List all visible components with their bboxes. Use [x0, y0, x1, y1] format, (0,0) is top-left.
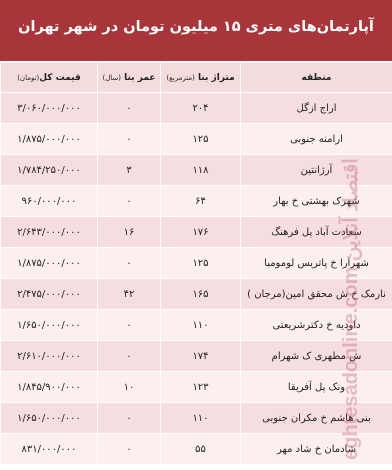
cell-area: ۱۲۳	[161, 372, 241, 403]
cell-area: ۶۴	[161, 186, 241, 217]
cell-price: ۸۳۱/۰۰۰/۰۰۰	[1, 434, 98, 465]
cell-area: ۲۰۴	[161, 93, 241, 124]
cell-area: ۱۲۵	[161, 124, 241, 155]
cell-price: ۱/۸۷۵/۰۰۰/۰۰۰	[1, 124, 98, 155]
cell-region: داودیه خ دکترشریعتی	[241, 310, 392, 341]
cell-age: ۰	[98, 341, 161, 372]
cell-age: ۳	[98, 155, 161, 186]
cell-price: ۲/۴۷۵/۰۰۰/۰۰۰	[1, 279, 98, 310]
cell-region: سعادت آباد پل فرهنگ	[241, 217, 392, 248]
col-header-area-unit: (مترمربع)	[166, 74, 194, 82]
cell-price: ۱/۸۴۵/۹۰۰/۰۰۰	[1, 372, 98, 403]
table-row: ونک پل آفریقا۱۲۳۱۰۱/۸۴۵/۹۰۰/۰۰۰	[1, 372, 392, 403]
table-row: شهرک بهشتی خ بهار۶۴۰۹۶۰/۰۰۰/۰۰۰	[1, 186, 392, 217]
table-row: ش مطهری ک شهرام۱۷۴۰۲/۶۱۰/۰۰۰/۰۰۰	[1, 341, 392, 372]
cell-region: ارامنه جنوبی	[241, 124, 392, 155]
cell-price: ۱/۸۷۵/۰۰۰/۰۰۰	[1, 248, 98, 279]
apartments-table: منطقه متراژ بنا (مترمربع) عمر بنا (سال) …	[0, 62, 392, 465]
cell-price: ۱/۷۸۴/۲۵۰/۰۰۰	[1, 155, 98, 186]
col-header-age-label: عمر بنا	[124, 73, 155, 83]
cell-price: ۲/۶۴۳/۰۰۰/۰۰۰	[1, 217, 98, 248]
cell-area: ۱۷۴	[161, 341, 241, 372]
cell-age: ۰	[98, 403, 161, 434]
page-title: آپارتمان‌های متری ۱۵ میلیون تومان در شهر…	[0, 19, 392, 35]
cell-price: ۹۶۰/۰۰۰/۰۰۰	[1, 186, 98, 217]
title-band: آپارتمان‌های متری ۱۵ میلیون تومان در شهر…	[0, 0, 392, 62]
cell-area: ۵۵	[161, 434, 241, 465]
table-row: بنی هاشم خ مکران جنوبی۱۱۰۰۱/۶۵۰/۰۰۰/۰۰۰	[1, 403, 392, 434]
cell-age: ۰	[98, 248, 161, 279]
cell-age: ۰	[98, 93, 161, 124]
cell-area: ۱۲۵	[161, 248, 241, 279]
cell-region: نارمک خ ش محقق امین(مرجان )	[241, 279, 392, 310]
table-row: آرژانتین۱۱۸۳۱/۷۸۴/۲۵۰/۰۰۰	[1, 155, 392, 186]
cell-age: ۰	[98, 186, 161, 217]
col-header-price: قیمت کل(تومان)	[1, 63, 98, 93]
cell-price: ۳/۰۶۰/۰۰۰/۰۰۰	[1, 93, 98, 124]
table-row: شهرآرا خ پاتریس لومومبا۱۲۵۰۱/۸۷۵/۰۰۰/۰۰۰	[1, 248, 392, 279]
table-row: داودیه خ دکترشریعتی۱۱۰۰۱/۶۵۰/۰۰۰/۰۰۰	[1, 310, 392, 341]
cell-region: اراج ازگل	[241, 93, 392, 124]
cell-age: ۴۲	[98, 279, 161, 310]
table-row: شادمان خ شاد مهر۵۵۰۸۳۱/۰۰۰/۰۰۰	[1, 434, 392, 465]
cell-age: ۱۶	[98, 217, 161, 248]
cell-price: ۱/۶۵۰/۰۰۰/۰۰۰	[1, 403, 98, 434]
cell-age: ۰	[98, 434, 161, 465]
table-row: اراج ازگل۲۰۴۰۳/۰۶۰/۰۰۰/۰۰۰	[1, 93, 392, 124]
table-row: سعادت آباد پل فرهنگ۱۷۶۱۶۲/۶۴۳/۰۰۰/۰۰۰	[1, 217, 392, 248]
table-row: ارامنه جنوبی۱۲۵۰۱/۸۷۵/۰۰۰/۰۰۰	[1, 124, 392, 155]
table-header-row: منطقه متراژ بنا (مترمربع) عمر بنا (سال) …	[1, 63, 392, 93]
cell-age: ۰	[98, 124, 161, 155]
cell-price: ۱/۶۵۰/۰۰۰/۰۰۰	[1, 310, 98, 341]
table-row: نارمک خ ش محقق امین(مرجان )۱۶۵۴۲۲/۴۷۵/۰۰…	[1, 279, 392, 310]
col-header-region: منطقه	[241, 63, 392, 93]
cell-area: ۱۱۸	[161, 155, 241, 186]
cell-region: شادمان خ شاد مهر	[241, 434, 392, 465]
col-header-price-unit: (تومان)	[17, 74, 39, 82]
cell-price: ۲/۶۱۰/۰۰۰/۰۰۰	[1, 341, 98, 372]
cell-area: ۱۶۵	[161, 279, 241, 310]
cell-region: ونک پل آفریقا	[241, 372, 392, 403]
cell-area: ۱۱۰	[161, 310, 241, 341]
col-header-area-label: متراژ بنا	[198, 73, 235, 83]
cell-age: ۰	[98, 310, 161, 341]
cell-region: شهرآرا خ پاتریس لومومبا	[241, 248, 392, 279]
cell-region: شهرک بهشتی خ بهار	[241, 186, 392, 217]
cell-area: ۱۱۰	[161, 403, 241, 434]
cell-region: آرژانتین	[241, 155, 392, 186]
cell-area: ۱۷۶	[161, 217, 241, 248]
col-header-price-label: قیمت کل	[39, 73, 81, 83]
cell-age: ۱۰	[98, 372, 161, 403]
cell-region: ش مطهری ک شهرام	[241, 341, 392, 372]
cell-region: بنی هاشم خ مکران جنوبی	[241, 403, 392, 434]
col-header-area: متراژ بنا (مترمربع)	[161, 63, 241, 93]
col-header-age-unit: (سال)	[102, 74, 121, 82]
col-header-region-label: منطقه	[302, 73, 332, 83]
col-header-age: عمر بنا (سال)	[98, 63, 161, 93]
